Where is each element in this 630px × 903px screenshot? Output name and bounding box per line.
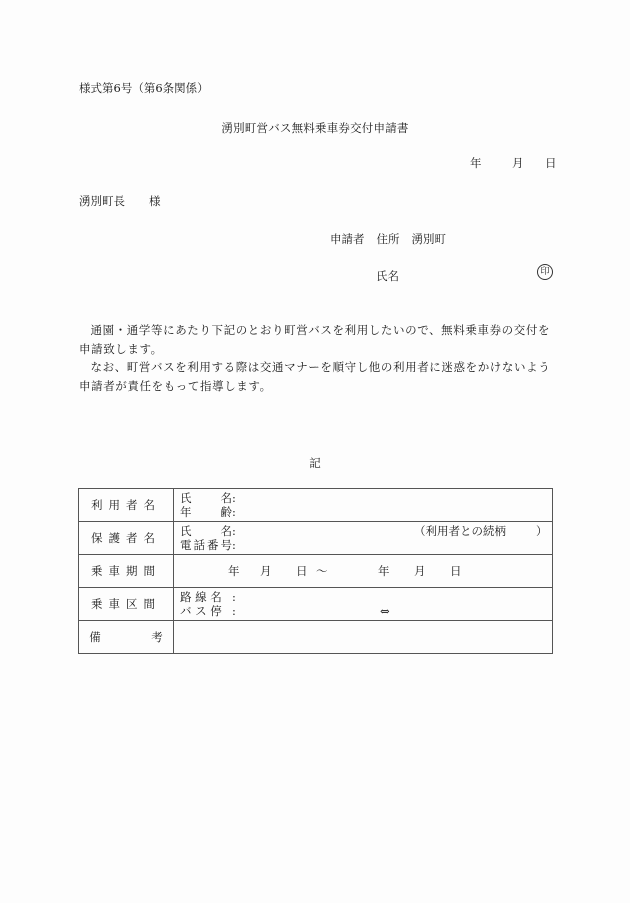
table-row-period: 乗車期間 年月日〜年月日 xyxy=(79,555,553,588)
date-year: 年 xyxy=(470,155,512,171)
period-fields[interactable]: 年月日〜年月日 xyxy=(174,555,553,588)
tilde: 〜 xyxy=(316,564,378,578)
seal-icon: 印 xyxy=(537,264,553,280)
paragraph-2: なお、町営バスを利用する際は交通マナーを順守し他の利用者に迷惑をかけないよう申請… xyxy=(79,358,553,395)
relationship-field: （利用者との続柄） xyxy=(414,524,548,538)
remarks-field[interactable] xyxy=(174,621,553,654)
field-label: 路 線 名 xyxy=(180,590,232,604)
addressee-name: 湧別町長 xyxy=(79,194,125,208)
field-label: 年 齢 xyxy=(180,505,232,519)
table-row-user: 利用者名 氏 名: 年 齢: xyxy=(79,489,553,522)
ki-heading: 記 xyxy=(0,455,630,471)
guardian-fields[interactable]: 氏 名: 電話番号: （利用者との続柄） xyxy=(174,522,553,555)
row-label: 利用者名 xyxy=(79,489,174,522)
addressee-suffix: 様 xyxy=(149,194,161,208)
applicant-name-label: 氏名 xyxy=(376,268,399,284)
applicant-address: 申請者住所湧別町 xyxy=(330,231,446,247)
table-row-remarks: 備考 xyxy=(79,621,553,654)
document-title: 湧別町営バス無料乗車券交付申請書 xyxy=(0,120,630,136)
table-row-guardian: 保護者名 氏 名: 電話番号: （利用者との続柄） xyxy=(79,522,553,555)
applicant-label: 申請者 xyxy=(330,232,365,246)
application-table: 利用者名 氏 名: 年 齢: 保護者名 氏 名: 電話番号: （利用者との続柄）… xyxy=(78,488,553,654)
row-label: 乗車期間 xyxy=(79,555,174,588)
date-month: 月 xyxy=(512,155,545,171)
user-fields[interactable]: 氏 名: 年 齢: xyxy=(174,489,553,522)
row-label-remarks: 備考 xyxy=(79,621,174,654)
field-label: 電話番号 xyxy=(180,538,232,552)
address-value[interactable]: 湧別町 xyxy=(412,232,447,246)
row-label: 乗車区間 xyxy=(79,588,174,621)
section-fields[interactable]: 路 線 名: バ ス 停:⇔ xyxy=(174,588,553,621)
paragraph-1: 通園・通学等にあたり下記のとおり町営バスを利用したいので、無料乗車券の交付を申請… xyxy=(79,321,553,358)
field-label: 氏 名 xyxy=(180,524,232,538)
form-number: 様式第6号（第6条関係） xyxy=(79,80,209,96)
application-date: 年月日 xyxy=(470,155,557,171)
bidirectional-arrow-icon: ⇔ xyxy=(380,604,390,618)
body-text: 通園・通学等にあたり下記のとおり町営バスを利用したいので、無料乗車券の交付を申請… xyxy=(79,321,553,395)
addressee: 湧別町長様 xyxy=(79,193,161,209)
address-label: 住所 xyxy=(377,232,400,246)
row-label: 保護者名 xyxy=(79,522,174,555)
table-row-section: 乗車区間 路 線 名: バ ス 停:⇔ xyxy=(79,588,553,621)
field-label: バ ス 停 xyxy=(180,604,232,618)
field-label: 氏 名 xyxy=(180,491,232,505)
date-day: 日 xyxy=(545,155,557,171)
